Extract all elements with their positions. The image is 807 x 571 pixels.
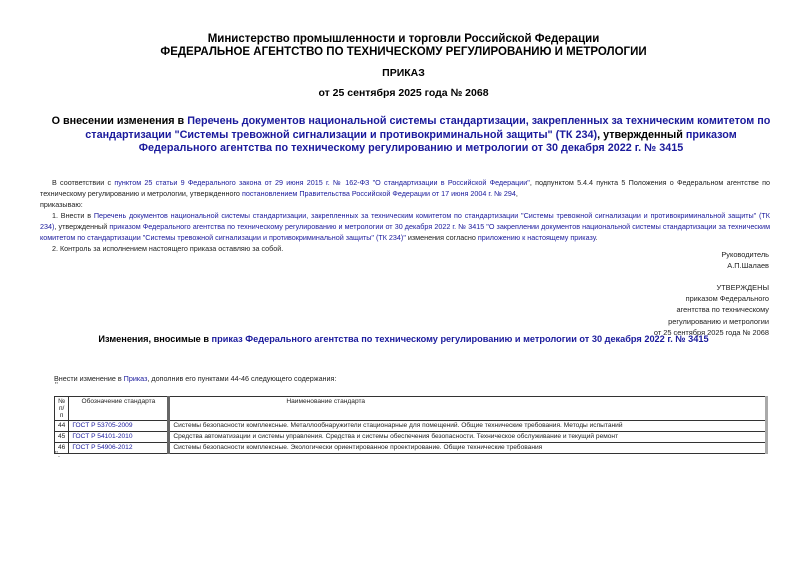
changes-intro: Внести изменение в Приказ, дополнив его … [54,374,336,383]
row-standard-name: Средства автоматизации и системы управле… [169,432,767,443]
approved-line: агентства по техническому [654,304,769,315]
intro-link-prikaz[interactable]: Приказ [124,374,148,383]
changes-title-link[interactable]: приказ Федерального агентства по техниче… [212,334,709,344]
text: Изменения, вносимые в [98,334,211,344]
title-prefix: О внесении изменения в [52,115,188,127]
ministry-name: Министерство промышленности и торговли Р… [0,33,807,45]
row-standard-code: ГОСТ Р 53705-2009 [69,421,169,432]
title-middle: , утвержденный [597,129,686,141]
row-number: 45 [55,432,69,443]
document-date: от 25 сентября 2025 года № 2068 [0,87,807,99]
row-standard-name: Системы безопасности комплексные. Эколог… [169,443,767,454]
approved-line: регулированию и метрологии [654,316,769,327]
row-standard-code: ГОСТ Р 54101-2010 [69,432,169,443]
signer-name: А.П.Шалаев [721,260,769,271]
paragraph-basis: В соответствии с пунктом 25 статьи 9 Фед… [40,177,770,199]
standard-link[interactable]: ГОСТ Р 54906-2012 [72,444,132,451]
table-header-row: № п/п Обозначение стандарта Наименование… [55,397,767,421]
paragraph-item-1: 1. Внести в Перечень документов национал… [40,210,770,243]
open-quote: " [55,381,58,390]
text: Внести изменение в [54,374,124,383]
link-federal-law[interactable]: пунктом 25 статьи 9 Федерального закона … [114,178,529,187]
text: изменения согласно [406,233,478,242]
table-row: 44ГОСТ Р 53705-2009Системы безопасности … [55,421,767,432]
text: , утвержденный [54,222,109,231]
agency-name: ФЕДЕРАЛЬНОЕ АГЕНТСТВО ПО ТЕХНИЧЕСКОМУ РЕ… [0,46,807,58]
text: . [596,233,598,242]
document-body: В соответствии с пунктом 25 статьи 9 Фед… [40,177,770,254]
changes-title: Изменения, вносимые в приказ Федеральног… [0,334,807,344]
text: В соответствии с [52,178,114,187]
table-row: 45ГОСТ Р 54101-2010Средства автоматизаци… [55,432,767,443]
paragraph-item-2: 2. Контроль за исполнением настоящего пр… [40,243,770,254]
col-header-num: № п/п [55,397,69,421]
document-title: О внесении изменения в Перечень документ… [46,115,776,156]
standard-link[interactable]: ГОСТ Р 53705-2009 [72,422,132,429]
text: 1. Внести в [52,211,94,220]
approved-block: УТВЕРЖДЕНЫ приказом Федерального агентст… [654,282,769,338]
link-government-decree[interactable]: постановлением Правительства Российской … [242,189,516,198]
row-standard-code: ГОСТ Р 54906-2012 [69,443,169,454]
standard-link[interactable]: ГОСТ Р 54101-2010 [72,433,132,440]
close-quote: ". [55,450,60,459]
row-standard-name: Системы безопасности комплексные. Металл… [169,421,767,432]
text: , дополнив его пунктами 44-46 следующего… [147,374,336,383]
text: , [516,189,518,198]
signer-position: Руководитель [721,249,769,260]
signature-block: Руководитель А.П.Шалаев [721,249,769,271]
paragraph-order: приказываю: [40,199,770,210]
col-header-code: Обозначение стандарта [69,397,169,421]
document-type: ПРИКАЗ [0,67,807,79]
col-header-name: Наименование стандарта [169,397,767,421]
approved-heading: УТВЕРЖДЕНЫ [654,282,769,293]
link-appendix[interactable]: приложению к настоящему приказу [478,233,596,242]
row-number: 44 [55,421,69,432]
table-row: 46ГОСТ Р 54906-2012Системы безопасности … [55,443,767,454]
standards-table: № п/п Обозначение стандарта Наименование… [54,396,768,454]
approved-line: приказом Федерального [654,293,769,304]
